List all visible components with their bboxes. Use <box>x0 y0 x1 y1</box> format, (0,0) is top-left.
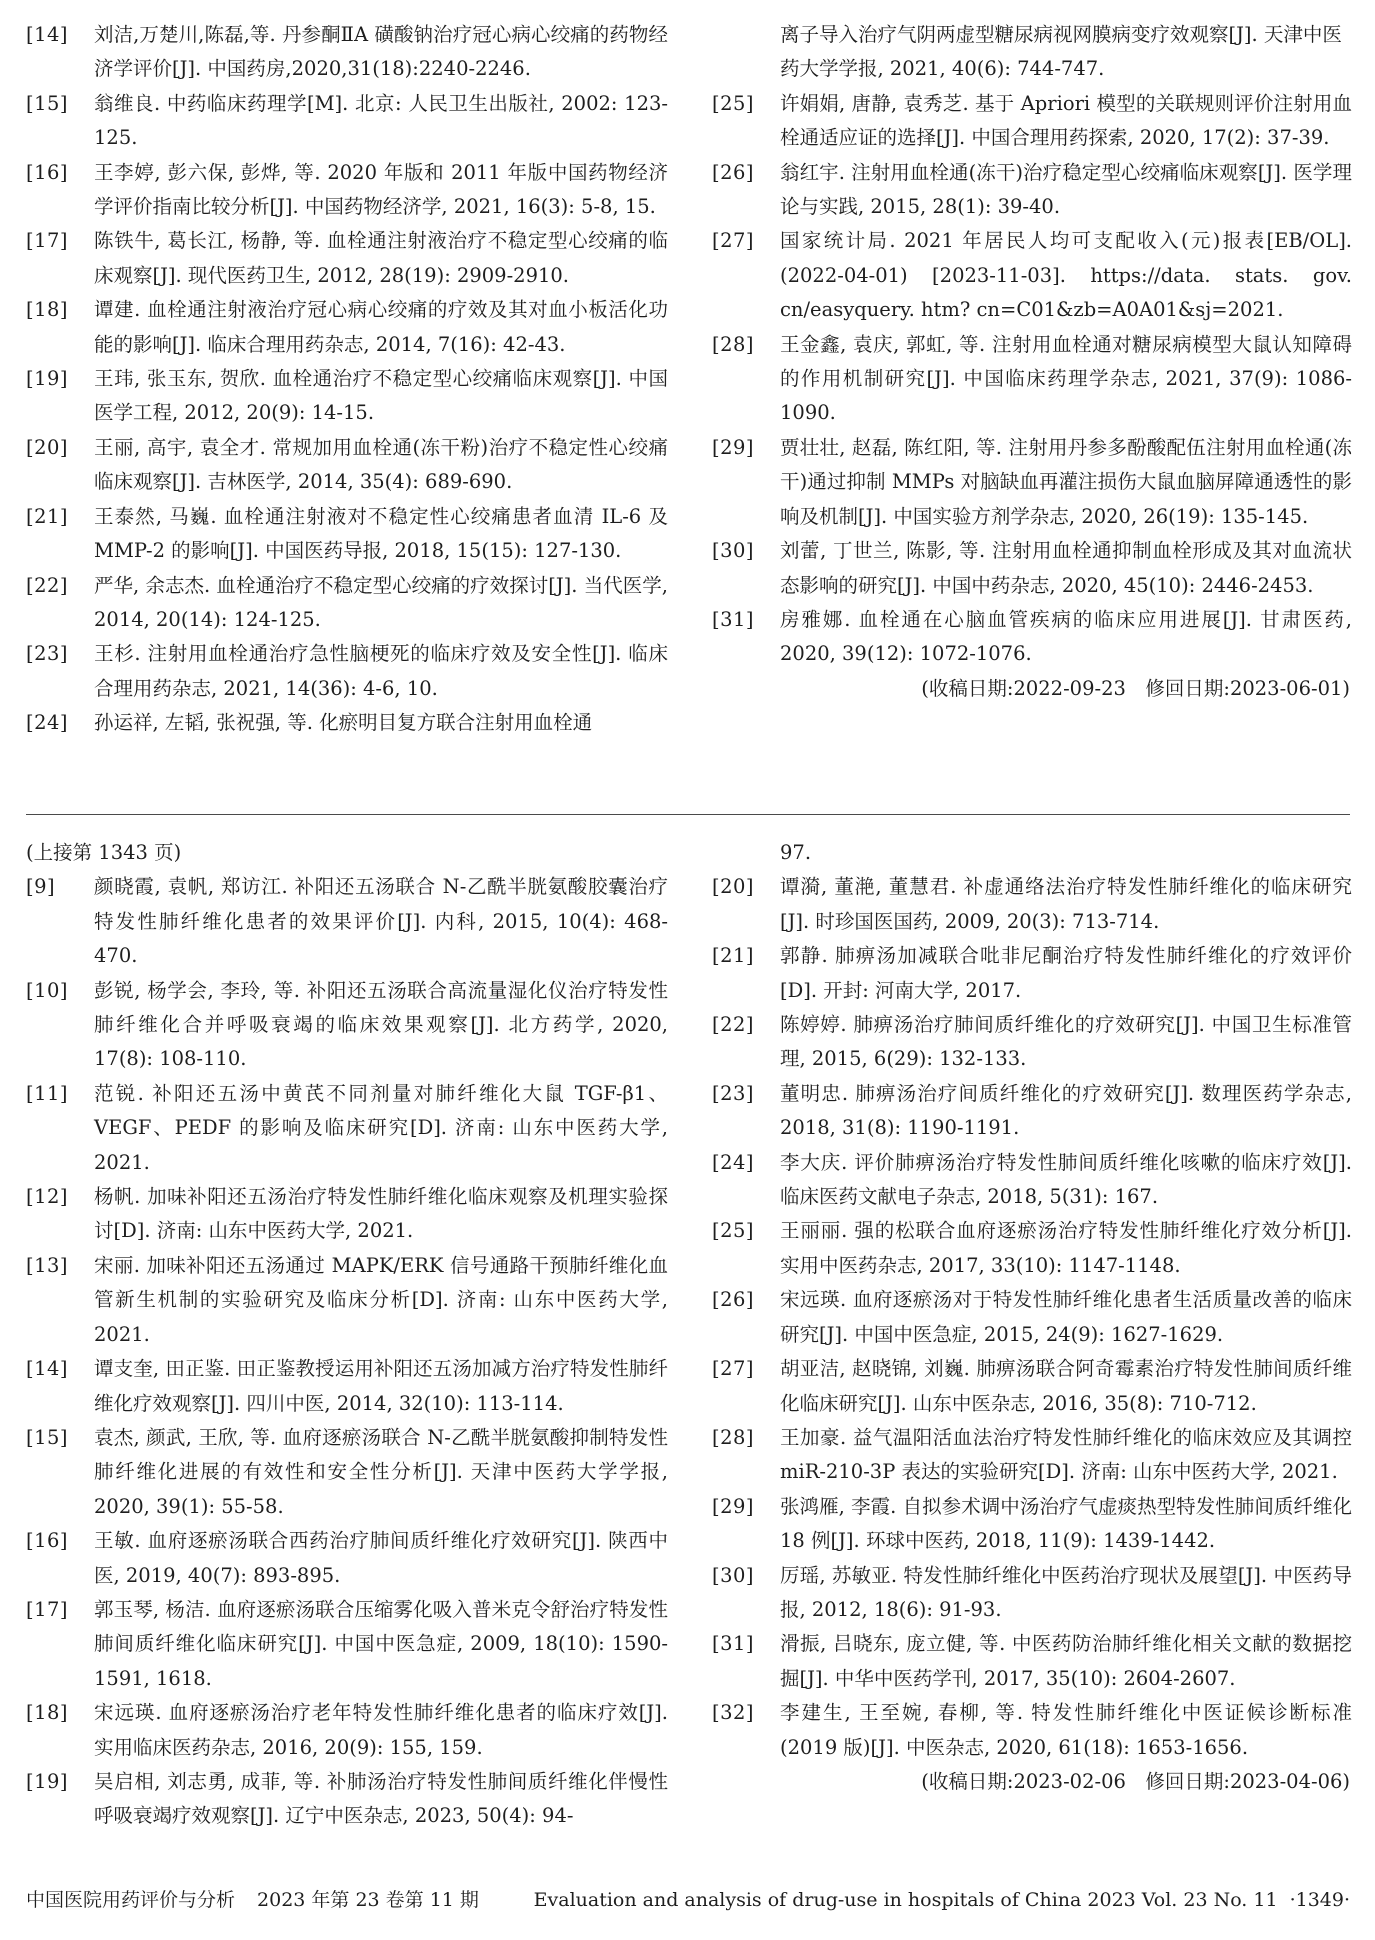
reference-text: 宋远瑛. 血府逐瘀汤对于特发性肺纤维化患者生活质量改善的临床研究[J]. 中国中… <box>780 1283 1352 1352</box>
reference-number: [28] <box>712 328 780 362</box>
reference-text: 国家统计局. 2021 年居民人均可支配收入(元)报表[EB/OL]. (202… <box>780 224 1352 327</box>
reference-number: [9] <box>26 870 94 904</box>
reference-text: 孙运祥, 左韬, 张祝强, 等. 化瘀明目复方联合注射用血栓通 <box>94 706 668 740</box>
reference-item: [31]房雅娜. 血栓通在心脑血管疾病的临床应用进展[J]. 甘肃医药, 202… <box>712 603 1352 672</box>
reference-list: [25]许娟娟, 唐静, 袁秀芝. 基于 Apriori 模型的关联规则评价注射… <box>712 87 1352 672</box>
reference-continuation: 97. <box>712 836 1352 870</box>
reference-number: [18] <box>26 293 94 327</box>
reference-list: [9]颜晓霞, 袁帆, 郑访江. 补阳还五汤联合 N-乙酰半胱氨酸胶囊治疗特发性… <box>26 870 668 1833</box>
reference-item: [15]袁杰, 颜武, 王欣, 等. 血府逐瘀汤联合 N-乙酰半胱氨酸抑制特发性… <box>26 1421 668 1524</box>
reference-item: [22]严华, 余志杰. 血栓通治疗不稳定型心绞痛的疗效探讨[J]. 当代医学,… <box>26 569 668 638</box>
reference-text: 宋远瑛. 血府逐瘀汤治疗老年特发性肺纤维化患者的临床疗效[J]. 实用临床医药杂… <box>94 1696 668 1765</box>
reference-item: [12]杨帆. 加味补阳还五汤治疗特发性肺纤维化临床观察及机理实验探讨[D]. … <box>26 1180 668 1249</box>
reference-item: [29]张鸿雁, 李霞. 自拟参术调中汤治疗气虚痰热型特发性肺间质纤维化 18 … <box>712 1490 1352 1559</box>
reference-item: [18]谭建. 血栓通注射液治疗冠心病心绞痛的疗效及其对血小板活化功能的影响[J… <box>26 293 668 362</box>
reference-text: 王丽丽. 强的松联合血府逐瘀汤治疗特发性肺纤维化疗效分析[J]. 实用中医药杂志… <box>780 1214 1352 1283</box>
reference-text: 滑振, 吕晓东, 庞立健, 等. 中医药防治肺纤维化相关文献的数据挖掘[J]. … <box>780 1627 1352 1696</box>
reference-item: [25]王丽丽. 强的松联合血府逐瘀汤治疗特发性肺纤维化疗效分析[J]. 实用中… <box>712 1214 1352 1283</box>
reference-number: [24] <box>26 706 94 740</box>
reference-number: [19] <box>26 1765 94 1799</box>
reference-item: [16]王敏. 血府逐瘀汤联合西药治疗肺间质纤维化疗效研究[J]. 陕西中医, … <box>26 1524 668 1593</box>
reference-item: [29]贾壮壮, 赵磊, 陈红阳, 等. 注射用丹参多酚酸配伍注射用血栓通(冻干… <box>712 431 1352 534</box>
reference-text: 王杉. 注射用血栓通治疗急性脑梗死的临床疗效及安全性[J]. 临床合理用药杂志,… <box>94 637 668 706</box>
reference-item: [16]王李婷, 彭六保, 彭烨, 等. 2020 年版和 2011 年版中国药… <box>26 156 668 225</box>
reference-item: [26]宋远瑛. 血府逐瘀汤对于特发性肺纤维化患者生活质量改善的临床研究[J].… <box>712 1283 1352 1352</box>
reference-number: [19] <box>26 362 94 396</box>
reference-item: [11]范锐. 补阳还五汤中黄芪不同剂量对肺纤维化大鼠 TGF-β1、VEGF、… <box>26 1077 668 1180</box>
reference-text: 袁杰, 颜武, 王欣, 等. 血府逐瘀汤联合 N-乙酰半胱氨酸抑制特发性肺纤维化… <box>94 1421 668 1524</box>
page-footer: 中国医院用药评价与分析2023 年第 23 卷第 11 期 Evaluation… <box>26 1885 1350 1915</box>
bottom-left-column: (上接第 1343 页) [9]颜晓霞, 袁帆, 郑访江. 补阳还五汤联合 N-… <box>26 836 668 1834</box>
reference-item: [23]王杉. 注射用血栓通治疗急性脑梗死的临床疗效及安全性[J]. 临床合理用… <box>26 637 668 706</box>
reference-item: [21]郭静. 肺痹汤加减联合吡非尼酮治疗特发性肺纤维化的疗效评价[D]. 开封… <box>712 939 1352 1008</box>
reference-text: 范锐. 补阳还五汤中黄芪不同剂量对肺纤维化大鼠 TGF-β1、VEGF、PEDF… <box>94 1077 668 1180</box>
reference-text: 李大庆. 评价肺痹汤治疗特发性肺间质纤维化咳嗽的临床疗效[J]. 临床医药文献电… <box>780 1146 1352 1215</box>
reference-text: 宋丽. 加味补阳还五汤通过 MAPK/ERK 信号通路干预肺纤维化血管新生机制的… <box>94 1249 668 1352</box>
reference-number: [29] <box>712 431 780 465</box>
bottom-right-column: 97. [20]谭漪, 董滟, 董慧君. 补虚通络法治疗特发性肺纤维化的临床研究… <box>712 836 1352 1799</box>
reference-text: 贾壮壮, 赵磊, 陈红阳, 等. 注射用丹参多酚酸配伍注射用血栓通(冻干)通过抑… <box>780 431 1352 534</box>
reference-number: [30] <box>712 534 780 568</box>
reference-item: [30]刘蕾, 丁世兰, 陈影, 等. 注射用血栓通抑制血栓形成及其对血流状态影… <box>712 534 1352 603</box>
footer-journal-en: Evaluation and analysis of drug-use in h… <box>534 1885 1350 1915</box>
reference-number: [17] <box>26 224 94 258</box>
reference-text: 王玮, 张玉东, 贺欣. 血栓通治疗不稳定型心绞痛临床观察[J]. 中国医学工程… <box>94 362 668 431</box>
reference-text: 吴启相, 刘志勇, 成菲, 等. 补肺汤治疗特发性肺间质纤维化伴慢性呼吸衰竭疗效… <box>94 1765 668 1834</box>
reference-item: [28]王加豪. 益气温阳活血法治疗特发性肺纤维化的临床效应及其调控 miR-2… <box>712 1421 1352 1490</box>
reference-number: [21] <box>712 939 780 973</box>
reference-item: [9]颜晓霞, 袁帆, 郑访江. 补阳还五汤联合 N-乙酰半胱氨酸胶囊治疗特发性… <box>26 870 668 973</box>
reference-list: [20]谭漪, 董滟, 董慧君. 补虚通络法治疗特发性肺纤维化的临床研究[J].… <box>712 870 1352 1765</box>
reference-text: 陈婷婷. 肺痹汤治疗肺间质纤维化的疗效研究[J]. 中国卫生标准管理, 2015… <box>780 1008 1352 1077</box>
reference-item: [21]王泰然, 马巍. 血栓通注射液对不稳定性心绞痛患者血清 IL-6 及 M… <box>26 500 668 569</box>
reference-text: 郭玉琴, 杨洁. 血府逐瘀汤联合压缩雾化吸入普米克令舒治疗特发性肺间质纤维化临床… <box>94 1593 668 1696</box>
reference-text: 王加豪. 益气温阳活血法治疗特发性肺纤维化的临床效应及其调控 miR-210-3… <box>780 1421 1352 1490</box>
reference-number: [15] <box>26 87 94 121</box>
reference-text: 杨帆. 加味补阳还五汤治疗特发性肺纤维化临床观察及机理实验探讨[D]. 济南: … <box>94 1180 668 1249</box>
reference-text: 许娟娟, 唐静, 袁秀芝. 基于 Apriori 模型的关联规则评价注射用血栓通… <box>780 87 1352 156</box>
reference-item: [32]李建生, 王至婉, 春柳, 等. 特发性肺纤维化中医证候诊断标准(201… <box>712 1696 1352 1765</box>
reference-text: 谭漪, 董滟, 董慧君. 补虚通络法治疗特发性肺纤维化的临床研究[J]. 时珍国… <box>780 870 1352 939</box>
reference-text: 胡亚洁, 赵晓锦, 刘巍. 肺痹汤联合阿奇霉素治疗特发性肺间质纤维化临床研究[J… <box>780 1352 1352 1421</box>
footer-journal-cn: 中国医院用药评价与分析2023 年第 23 卷第 11 期 <box>26 1885 479 1915</box>
reference-item: [19]吴启相, 刘志勇, 成菲, 等. 补肺汤治疗特发性肺间质纤维化伴慢性呼吸… <box>26 1765 668 1834</box>
reference-text: 厉瑶, 苏敏亚. 特发性肺纤维化中医药治疗现状及展望[J]. 中医药导报, 20… <box>780 1559 1352 1628</box>
reference-item: [18]宋远瑛. 血府逐瘀汤治疗老年特发性肺纤维化患者的临床疗效[J]. 实用临… <box>26 1696 668 1765</box>
issue-info-cn: 2023 年第 23 卷第 11 期 <box>257 1889 479 1911</box>
reference-text: 颜晓霞, 袁帆, 郑访江. 补阳还五汤联合 N-乙酰半胱氨酸胶囊治疗特发性肺纤维… <box>94 870 668 973</box>
reference-number: [22] <box>712 1008 780 1042</box>
reference-number: [11] <box>26 1077 94 1111</box>
reference-item: [26]翁红宇. 注射用血栓通(冻干)治疗稳定型心绞痛临床观察[J]. 医学理论… <box>712 156 1352 225</box>
top-left-column: [14]刘洁,万楚川,陈磊,等. 丹参酮ⅡA 磺酸钠治疗冠心病心绞痛的药物经济学… <box>26 18 668 741</box>
section-divider <box>26 814 1350 815</box>
reference-number: [25] <box>712 1214 780 1248</box>
reference-number: [16] <box>26 156 94 190</box>
reference-text: 彭锐, 杨学会, 李玲, 等. 补阳还五汤联合高流量湿化仪治疗特发性肺纤维化合并… <box>94 974 668 1077</box>
reference-number: [31] <box>712 603 780 637</box>
reference-number: [12] <box>26 1180 94 1214</box>
reference-number: [25] <box>712 87 780 121</box>
reference-item: [19]王玮, 张玉东, 贺欣. 血栓通治疗不稳定型心绞痛临床观察[J]. 中国… <box>26 362 668 431</box>
reference-item: [15]翁维良. 中药临床药理学[M]. 北京: 人民卫生出版社, 2002: … <box>26 87 668 156</box>
reference-number: [23] <box>712 1077 780 1111</box>
received-date: (收稿日期:2023-02-06 修回日期:2023-04-06) <box>712 1765 1352 1799</box>
reference-text: 严华, 余志杰. 血栓通治疗不稳定型心绞痛的疗效探讨[J]. 当代医学, 201… <box>94 569 668 638</box>
reference-item: [17]郭玉琴, 杨洁. 血府逐瘀汤联合压缩雾化吸入普米克令舒治疗特发性肺间质纤… <box>26 1593 668 1696</box>
reference-item: [24]孙运祥, 左韬, 张祝强, 等. 化瘀明目复方联合注射用血栓通 <box>26 706 668 740</box>
reference-number: [29] <box>712 1490 780 1524</box>
reference-number: [28] <box>712 1421 780 1455</box>
reference-item: [30]厉瑶, 苏敏亚. 特发性肺纤维化中医药治疗现状及展望[J]. 中医药导报… <box>712 1559 1352 1628</box>
reference-text: 房雅娜. 血栓通在心脑血管疾病的临床应用进展[J]. 甘肃医药, 2020, 3… <box>780 603 1352 672</box>
reference-item: [28]王金鑫, 袁庆, 郭虹, 等. 注射用血栓通对糖尿病模型大鼠认知障碍的作… <box>712 328 1352 431</box>
reference-number: [27] <box>712 1352 780 1386</box>
reference-number: [17] <box>26 1593 94 1627</box>
reference-number: [13] <box>26 1249 94 1283</box>
reference-item: [23]董明忠. 肺痹汤治疗间质纤维化的疗效研究[J]. 数理医药学杂志, 20… <box>712 1077 1352 1146</box>
reference-item: [27]国家统计局. 2021 年居民人均可支配收入(元)报表[EB/OL]. … <box>712 224 1352 327</box>
journal-name-en: Evaluation and analysis of drug-use in h… <box>534 1889 1278 1911</box>
reference-item: [20]王丽, 高宇, 袁全才. 常规加用血栓通(冻干粉)治疗不稳定性心绞痛临床… <box>26 431 668 500</box>
reference-text: 谭建. 血栓通注射液治疗冠心病心绞痛的疗效及其对血小板活化功能的影响[J]. 临… <box>94 293 668 362</box>
journal-name-cn: 中国医院用药评价与分析 <box>26 1889 235 1911</box>
reference-number: [20] <box>712 870 780 904</box>
reference-item: [24]李大庆. 评价肺痹汤治疗特发性肺间质纤维化咳嗽的临床疗效[J]. 临床医… <box>712 1146 1352 1215</box>
top-right-column: 离子导入治疗气阴两虚型糖尿病视网膜病变疗效观察[J]. 天津中医药大学学报, 2… <box>712 18 1352 706</box>
reference-item: [25]许娟娟, 唐静, 袁秀芝. 基于 Apriori 模型的关联规则评价注射… <box>712 87 1352 156</box>
reference-number: [24] <box>712 1146 780 1180</box>
reference-number: [16] <box>26 1524 94 1558</box>
reference-item: [27]胡亚洁, 赵晓锦, 刘巍. 肺痹汤联合阿奇霉素治疗特发性肺间质纤维化临床… <box>712 1352 1352 1421</box>
continued-from-note: (上接第 1343 页) <box>26 836 668 870</box>
reference-text: 郭静. 肺痹汤加减联合吡非尼酮治疗特发性肺纤维化的疗效评价[D]. 开封: 河南… <box>780 939 1352 1008</box>
reference-text: 刘蕾, 丁世兰, 陈影, 等. 注射用血栓通抑制血栓形成及其对血流状态影响的研究… <box>780 534 1352 603</box>
reference-continuation: 离子导入治疗气阴两虚型糖尿病视网膜病变疗效观察[J]. 天津中医药大学学报, 2… <box>712 18 1352 87</box>
page-number: ·1349· <box>1290 1889 1350 1911</box>
reference-number: [18] <box>26 1696 94 1730</box>
reference-number: [20] <box>26 431 94 465</box>
reference-number: [30] <box>712 1559 780 1593</box>
reference-item: [31]滑振, 吕晓东, 庞立健, 等. 中医药防治肺纤维化相关文献的数据挖掘[… <box>712 1627 1352 1696</box>
reference-text: 王敏. 血府逐瘀汤联合西药治疗肺间质纤维化疗效研究[J]. 陕西中医, 2019… <box>94 1524 668 1593</box>
reference-number: [15] <box>26 1421 94 1455</box>
received-date: (收稿日期:2022-09-23 修回日期:2023-06-01) <box>712 672 1352 706</box>
reference-number: [23] <box>26 637 94 671</box>
reference-number: [32] <box>712 1696 780 1730</box>
reference-text: 翁红宇. 注射用血栓通(冻干)治疗稳定型心绞痛临床观察[J]. 医学理论与实践,… <box>780 156 1352 225</box>
reference-text: 陈铁牛, 葛长江, 杨静, 等. 血栓通注射液治疗不稳定型心绞痛的临床观察[J]… <box>94 224 668 293</box>
reference-item: [22]陈婷婷. 肺痹汤治疗肺间质纤维化的疗效研究[J]. 中国卫生标准管理, … <box>712 1008 1352 1077</box>
reference-text: 张鸿雁, 李霞. 自拟参术调中汤治疗气虚痰热型特发性肺间质纤维化 18 例[J]… <box>780 1490 1352 1559</box>
reference-number: [31] <box>712 1627 780 1661</box>
reference-text: 王金鑫, 袁庆, 郭虹, 等. 注射用血栓通对糖尿病模型大鼠认知障碍的作用机制研… <box>780 328 1352 431</box>
reference-number: [22] <box>26 569 94 603</box>
reference-number: [27] <box>712 224 780 258</box>
reference-text: 王李婷, 彭六保, 彭烨, 等. 2020 年版和 2011 年版中国药物经济学… <box>94 156 668 225</box>
reference-number: [26] <box>712 1283 780 1317</box>
reference-number: [14] <box>26 18 94 52</box>
reference-text: 谭支奎, 田正鉴. 田正鉴教授运用补阳还五汤加减方治疗特发性肺纤维化疗效观察[J… <box>94 1352 668 1421</box>
reference-item: [14]刘洁,万楚川,陈磊,等. 丹参酮ⅡA 磺酸钠治疗冠心病心绞痛的药物经济学… <box>26 18 668 87</box>
reference-item: [13]宋丽. 加味补阳还五汤通过 MAPK/ERK 信号通路干预肺纤维化血管新… <box>26 1249 668 1352</box>
reference-number: [14] <box>26 1352 94 1386</box>
reference-item: [14]谭支奎, 田正鉴. 田正鉴教授运用补阳还五汤加减方治疗特发性肺纤维化疗效… <box>26 1352 668 1421</box>
reference-text: 翁维良. 中药临床药理学[M]. 北京: 人民卫生出版社, 2002: 123-… <box>94 87 668 156</box>
reference-item: [17]陈铁牛, 葛长江, 杨静, 等. 血栓通注射液治疗不稳定型心绞痛的临床观… <box>26 224 668 293</box>
reference-text: 王泰然, 马巍. 血栓通注射液对不稳定性心绞痛患者血清 IL-6 及 MMP-2… <box>94 500 668 569</box>
reference-item: [10]彭锐, 杨学会, 李玲, 等. 补阳还五汤联合高流量湿化仪治疗特发性肺纤… <box>26 974 668 1077</box>
reference-text: 董明忠. 肺痹汤治疗间质纤维化的疗效研究[J]. 数理医药学杂志, 2018, … <box>780 1077 1352 1146</box>
reference-text: 王丽, 高宇, 袁全才. 常规加用血栓通(冻干粉)治疗不稳定性心绞痛临床观察[J… <box>94 431 668 500</box>
reference-text: 李建生, 王至婉, 春柳, 等. 特发性肺纤维化中医证候诊断标准(2019 版)… <box>780 1696 1352 1765</box>
reference-number: [26] <box>712 156 780 190</box>
reference-text: 刘洁,万楚川,陈磊,等. 丹参酮ⅡA 磺酸钠治疗冠心病心绞痛的药物经济学评价[J… <box>94 18 668 87</box>
reference-number: [21] <box>26 500 94 534</box>
reference-number: [10] <box>26 974 94 1008</box>
reference-item: [20]谭漪, 董滟, 董慧君. 补虚通络法治疗特发性肺纤维化的临床研究[J].… <box>712 870 1352 939</box>
